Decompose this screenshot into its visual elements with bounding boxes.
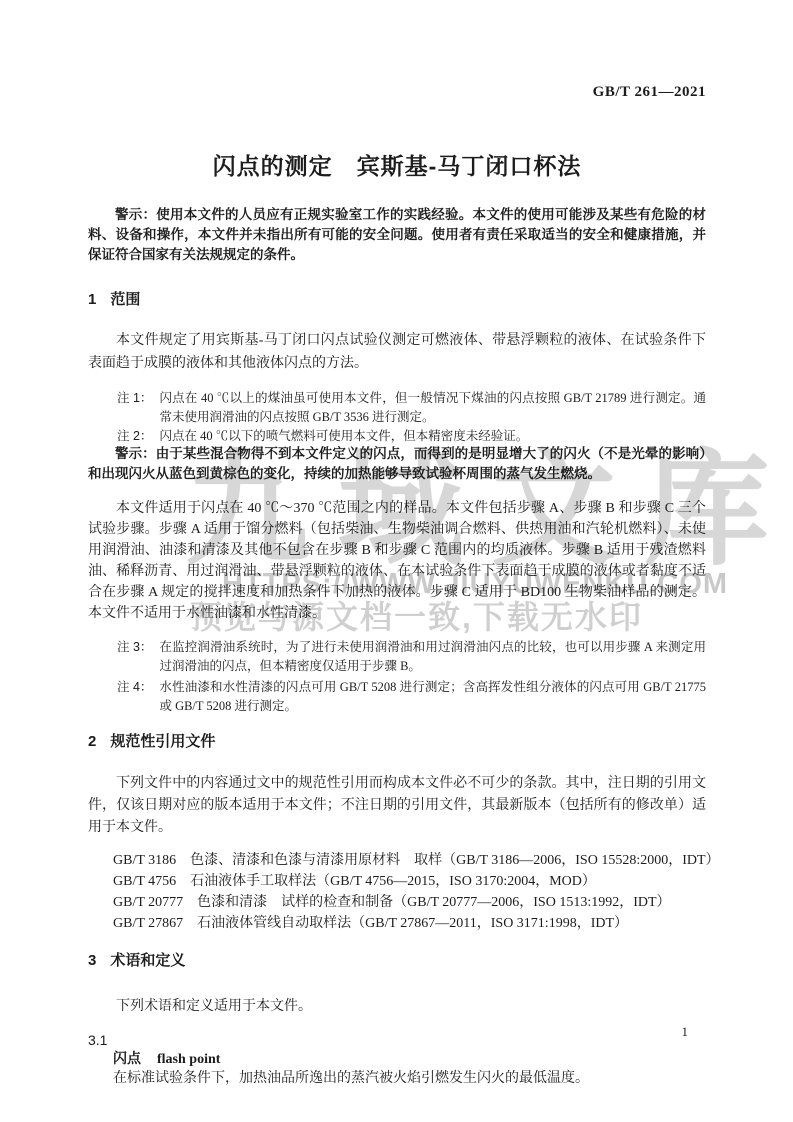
page-number: 1 bbox=[682, 1024, 689, 1040]
note-3-text: 在监控润滑油系统时，为了进行未使用润滑油和用过润滑油闪点的比较，也可以用步骤 A… bbox=[159, 638, 706, 676]
section-3-heading: 3术语和定义 bbox=[88, 952, 706, 969]
reference-item: GB/T 3186 色漆、清漆和色漆与清漆用原材料 取样（GB/T 3186—2… bbox=[113, 850, 706, 871]
normative-references-intro: 下列文件中的内容通过文中的规范性引用而构成本文件必不可少的条款。其中，注日期的引… bbox=[88, 773, 706, 839]
note-4-label: 注 4： bbox=[117, 678, 152, 716]
reference-item: GB/T 4756 石油液体手工取样法（GB/T 4756—2015，ISO 3… bbox=[113, 871, 706, 892]
reference-item: GB/T 20777 色漆和清漆 试样的检查和制备（GB/T 20777—200… bbox=[113, 892, 706, 913]
note-4: 注 4： 水性油漆和水性清漆的闪点可用 GB/T 5208 进行测定；含高挥发性… bbox=[88, 678, 706, 716]
note-1: 注 1： 闪点在 40 ℃以上的煤油虽可使用本文件，但一般情况下煤油的闪点按照 … bbox=[88, 389, 706, 427]
terms-intro: 下列术语和定义适用于本文件。 bbox=[88, 997, 706, 1017]
term-number: 3.1 bbox=[88, 1031, 706, 1049]
safety-warning-paragraph: 警示：使用本文件的人员应有正规实验室工作的实践经验。本文件的使用可能涉及某些有危… bbox=[88, 205, 706, 265]
term-entry: 闪点flash point bbox=[88, 1049, 706, 1069]
section-1-heading: 1范围 bbox=[88, 291, 706, 308]
page-title: 闪点的测定 宾斯基-马丁闭口杯法 bbox=[88, 151, 706, 181]
section-2-number: 2 bbox=[88, 733, 96, 750]
term-chinese: 闪点 bbox=[113, 1050, 141, 1066]
mixture-warning-paragraph: 警示：由于某些混合物得不到本文件定义的闪点，而得到的是明显增大了的闪火（不是光晕… bbox=[88, 444, 706, 484]
section-3-number: 3 bbox=[88, 952, 96, 969]
section-2-title: 规范性引用文件 bbox=[110, 733, 215, 750]
section-1-title: 范围 bbox=[110, 291, 140, 308]
section-2-heading: 2规范性引用文件 bbox=[88, 733, 706, 750]
standard-document-page: 九域文库 HTTPS://WWW.JIUYUWENKU.COM 预览与源文档一致… bbox=[0, 0, 793, 1122]
scope-paragraph: 本文件规定了用宾斯基-马丁闭口闪点试验仪测定可燃液体、带悬浮颗粒的液体、在试验条… bbox=[88, 329, 706, 375]
standard-code: GB/T 261—2021 bbox=[88, 84, 706, 101]
normative-references-list: GB/T 3186 色漆、清漆和色漆与清漆用原材料 取样（GB/T 3186—2… bbox=[88, 850, 706, 934]
note-4-text: 水性油漆和水性清漆的闪点可用 GB/T 5208 进行测定；含高挥发性组分液体的… bbox=[159, 678, 706, 716]
note-1-text: 闪点在 40 ℃以上的煤油虽可使用本文件，但一般情况下煤油的闪点按照 GB/T … bbox=[159, 389, 706, 427]
term-definition: 在标准试验条件下，加热油品所逸出的蒸汽被火焰引燃发生闪火的最低温度。 bbox=[88, 1069, 706, 1089]
page-content: GB/T 261—2021 闪点的测定 宾斯基-马丁闭口杯法 警示：使用本文件的… bbox=[0, 0, 793, 1089]
note-1-label: 注 1： bbox=[117, 389, 152, 427]
note-3-label: 注 3： bbox=[117, 638, 152, 676]
section-1-number: 1 bbox=[88, 291, 96, 308]
reference-item: GB/T 27867 石油液体管线自动取样法（GB/T 27867—2011，I… bbox=[113, 913, 706, 934]
applicability-paragraph: 本文件适用于闪点在 40 ℃～370 ℃范围之内的样品。本文件包括步骤 A、步骤… bbox=[88, 498, 706, 624]
term-english: flash point bbox=[157, 1052, 220, 1067]
section-3-title: 术语和定义 bbox=[110, 952, 185, 969]
note-3: 注 3： 在监控润滑油系统时，为了进行未使用润滑油和用过润滑油闪点的比较，也可以… bbox=[88, 638, 706, 676]
